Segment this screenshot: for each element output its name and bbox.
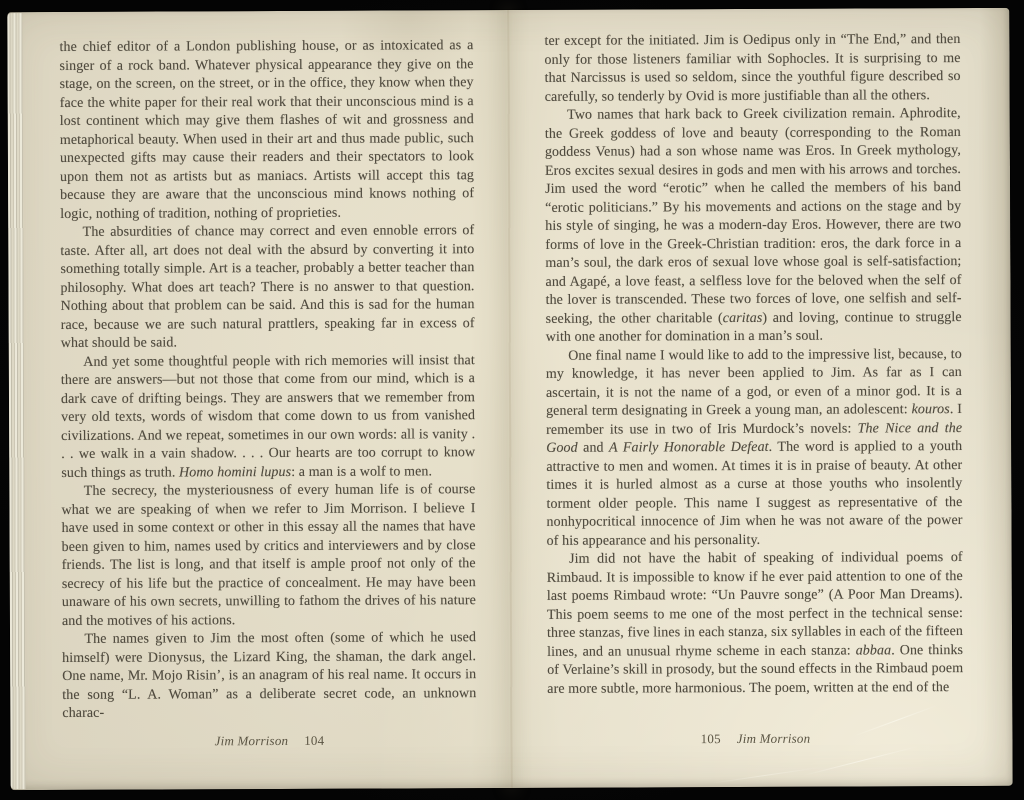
book-spread: the chief editor of a London publishing … — [7, 8, 1012, 790]
page-footer: Jim Morrison104 — [62, 732, 476, 750]
page-number: 105 — [701, 731, 721, 746]
page-number: 104 — [304, 733, 324, 748]
page-text: ter except for the initiated. Jim is Oed… — [544, 31, 963, 699]
paragraph: The secrecy, the mysteriousness of every… — [61, 481, 476, 631]
photo-background: the chief editor of a London publishing … — [0, 0, 1024, 800]
paragraph: One final name I would like to add to th… — [546, 346, 963, 551]
running-header: Jim Morrison — [215, 733, 289, 748]
right-page: ter except for the initiated. Jim is Oed… — [508, 8, 1012, 788]
paragraph: Jim did not have the habit of speaking o… — [547, 549, 964, 699]
left-page: the chief editor of a London publishing … — [7, 10, 511, 790]
running-header: Jim Morrison — [737, 731, 811, 746]
paragraph: the chief editor of a London publishing … — [59, 37, 474, 224]
paragraph: The names given to Jim the most often (s… — [62, 629, 476, 723]
page-text: the chief editor of a London publishing … — [59, 37, 476, 723]
page-footer: 105Jim Morrison — [547, 730, 963, 748]
paragraph: The absurdities of chance may correct an… — [60, 222, 475, 353]
paragraph: And yet some thoughtful people with rich… — [61, 352, 476, 483]
paragraph: Two names that hark back to Greek civili… — [545, 105, 962, 347]
paragraph: ter except for the initiated. Jim is Oed… — [544, 31, 960, 107]
